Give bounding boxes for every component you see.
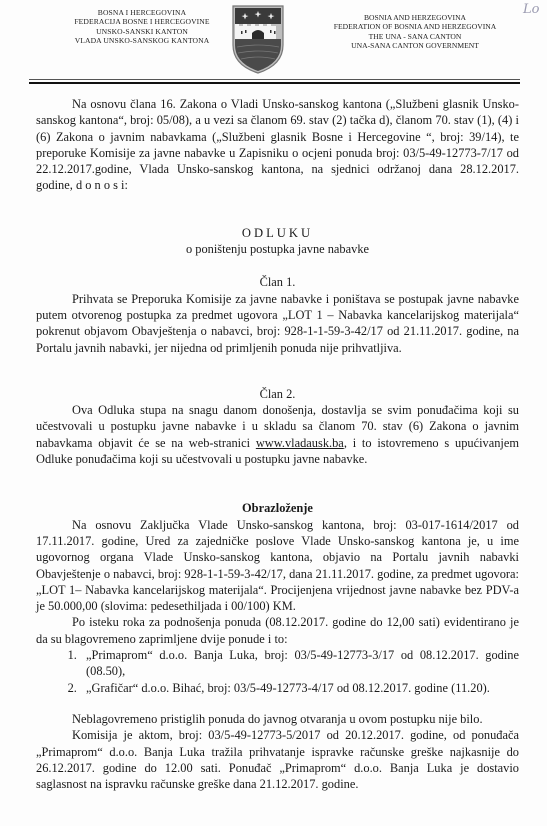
preamble: Na osnovu člana 16. Zakona o Vladi Unsko… <box>36 96 519 194</box>
header-right-line: UNA-SANA CANTON GOVERNMENT <box>310 41 520 50</box>
header-right-line: FEDERATION OF BOSNIA AND HERZEGOVINA <box>310 22 520 31</box>
article-2-heading: Član 2. <box>36 386 519 402</box>
article-1-heading: Član 1. <box>36 274 519 290</box>
reasoning-para-4: Komisija je aktom, broj: 03/5-49-12773-5… <box>36 727 519 792</box>
header-divider-thick <box>29 82 520 84</box>
decision-title: ODLUKU <box>36 225 519 241</box>
document-body: Na osnovu člana 16. Zakona o Vladi Unsko… <box>36 96 519 792</box>
header-divider-thin <box>29 79 520 80</box>
header-right-line: BOSNIA AND HERZEGOVINA <box>310 13 520 22</box>
header-left-line: VLADA UNSKO-SANSKOG KANTONA <box>42 36 242 45</box>
article-1-text: Prihvata se Preporuka Komisije za javne … <box>36 291 519 356</box>
article-2-text: Ova Odluka stupa na snagu danom donošenj… <box>36 402 519 467</box>
handwritten-note: Lo <box>523 2 539 17</box>
reasoning-heading: Obrazloženje <box>36 500 519 516</box>
header-right-line: THE UNA - SANA CANTON <box>310 32 520 41</box>
reasoning-para-1: Na osnovu Zaključka Vlade Unsko-sanskog … <box>36 517 519 615</box>
decision-subtitle: o poništenju postupka javne nabavke <box>36 241 519 257</box>
offer-item: „Grafičar“ d.o.o. Bihać, broj: 03/5-49-1… <box>80 680 519 696</box>
document-page: BOSNA I HERCEGOVINA FEDERACIJA BOSNE I H… <box>0 0 547 826</box>
header-left-line: FEDERACIJA BOSNE I HERCEGOVINE <box>42 17 242 26</box>
reasoning-para-2: Po isteku roka za podnošenja ponuda (08.… <box>36 614 519 647</box>
header-left-bosnian: BOSNA I HERCEGOVINA FEDERACIJA BOSNE I H… <box>42 8 242 45</box>
header-left-line: BOSNA I HERCEGOVINA <box>42 8 242 17</box>
header-right-english: BOSNIA AND HERZEGOVINA FEDERATION OF BOS… <box>310 13 520 50</box>
offers-list: „Primaprom“ d.o.o. Banja Luka, broj: 03/… <box>36 647 519 696</box>
header-left-line: UNSKO-SANSKI KANTON <box>42 27 242 36</box>
offer-item: „Primaprom“ d.o.o. Banja Luka, broj: 03/… <box>80 647 519 680</box>
coat-of-arms-icon <box>230 3 286 75</box>
reasoning-para-3: Neblagovremeno pristiglih ponuda do javn… <box>36 711 519 727</box>
website-link[interactable]: www.vladausk.ba <box>256 436 344 450</box>
preamble-verb: d o n o s i: <box>76 178 128 192</box>
